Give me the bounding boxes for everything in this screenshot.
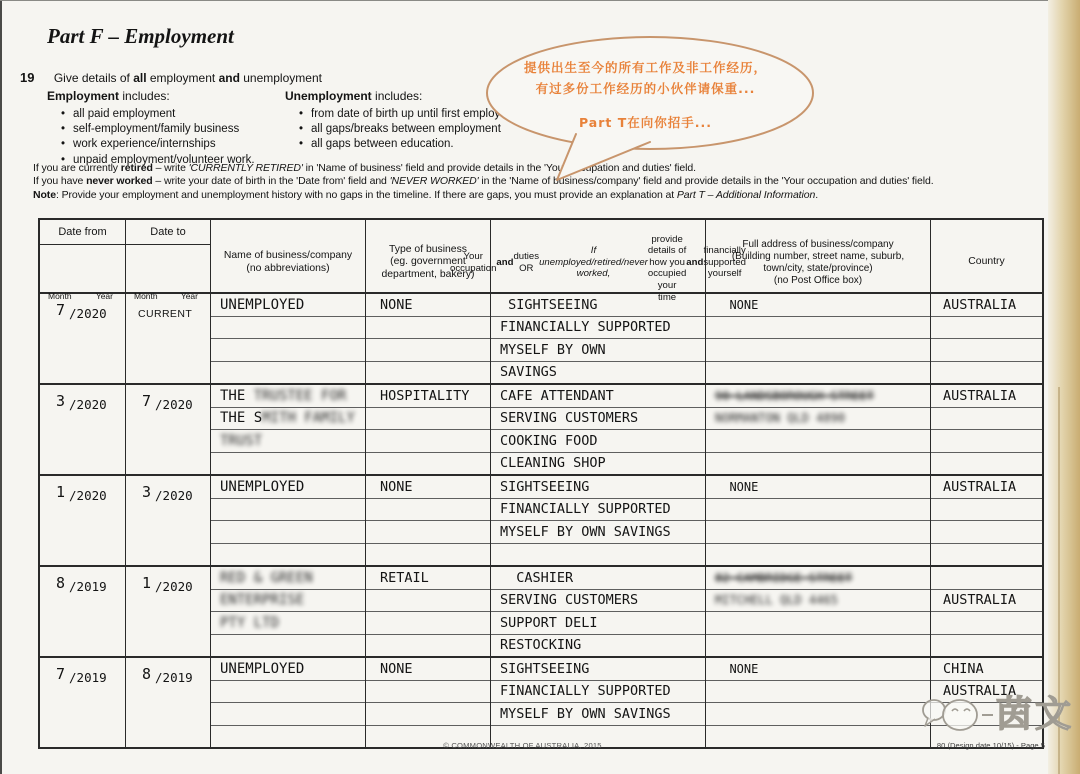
address-cell: 90 LANDSBOROUGH STREETNORMANTON QLD 4890 [705, 385, 930, 474]
handwritten-text: MITCHELL QLD 4465 [715, 593, 838, 607]
handwritten-text: NONE [380, 661, 413, 677]
handwritten-text: SIGHTSEEING [500, 661, 589, 677]
date-from-cell: 1/2020 [40, 476, 125, 565]
type-cell: NONE [365, 476, 490, 565]
handwritten-text: MYSELF BY OWN SAVINGS [500, 524, 671, 540]
page-footer: © COMMONWEALTH OF AUSTRALIA, 2015 80 (De… [0, 741, 1045, 755]
country-cell: AUSTRALIA [930, 385, 1042, 474]
employment-row-2: 3/20207/2020THE TRUSTEE FORTHE SMITH FAM… [40, 383, 1042, 474]
address-cell: NONE [705, 294, 930, 383]
header-business-name: Name of business/company(no abbreviation… [210, 220, 365, 305]
handwritten-text: NONE [715, 480, 758, 494]
country-cell: AUSTRALIA [930, 476, 1042, 565]
scan-edge-right [1048, 0, 1080, 774]
handwritten-text: UNEMPLOYED [220, 661, 304, 677]
name-cell: UNEMPLOYED [210, 476, 365, 565]
handwritten-text: FINANCIALLY SUPPORTED [500, 683, 671, 699]
handwritten-text: UNEMPLOYED [220, 297, 304, 313]
handwritten-text: SERVING CUSTOMERS [500, 410, 638, 426]
scan-edge-top [0, 0, 1048, 1]
employment-row-4: 8/20191/2020RED & GREENENTERPRISEPTY LTD… [40, 565, 1042, 656]
handwritten-text: MYSELF BY OWN [500, 342, 606, 358]
handwritten-text: HOSPITALITY [380, 388, 469, 404]
type-cell: NONE [365, 294, 490, 383]
handwritten-text: THE S [220, 410, 262, 426]
occupation-cell: SIGHTSEEINGFINANCIALLY SUPPORTEDMYSELF B… [490, 294, 705, 383]
occupation-cell: CASHIERSERVING CUSTOMERSSUPPORT DELIREST… [490, 567, 705, 656]
handwritten-text: UNEMPLOYED [220, 479, 304, 495]
date-to-cell: 7/2020 [125, 385, 210, 474]
employment-includes-title: Employment includes: [47, 89, 285, 103]
occupation-cell: CAFE ATTENDANTSERVING CUSTOMERSCOOKING F… [490, 385, 705, 474]
handwritten-text: THE [220, 388, 254, 404]
list-item: work experience/internships [61, 137, 285, 152]
date-from-cell: 3/2020 [40, 385, 125, 474]
handwritten-text: CHINA [943, 661, 984, 677]
type-cell: RETAIL [365, 567, 490, 656]
date-to-cell: 8/2019 [125, 658, 210, 747]
date-to-cell: CURRENT [125, 294, 210, 383]
handwritten-text: COOKING FOOD [500, 433, 598, 449]
header-address: Full address of business/company(Buildin… [705, 220, 930, 305]
handwritten-text: CAFE ATTENDANT [500, 388, 614, 404]
address-cell: NONE [705, 476, 930, 565]
name-cell: RED & GREENENTERPRISEPTY LTD [210, 567, 365, 656]
list-item: self-employment/family business [61, 122, 285, 137]
type-cell: NONE [365, 658, 490, 747]
question-text: Give details of all employment and unemp… [54, 71, 322, 85]
table-body: 7/2020CURRENTUNEMPLOYEDNONE SIGHTSEEINGF… [40, 292, 1042, 747]
question-number: 19 [20, 70, 34, 85]
bubble-line: 有过多份工作经历的小伙伴请保重... [478, 78, 813, 99]
bubble-text: 提供出生至今的所有工作及非工作经历， 有过多份工作经历的小伙伴请保重... Pa… [478, 57, 813, 133]
page-info-text: 80 (Design date 10/15) - Page 5 [937, 741, 1045, 750]
handwritten-text: FINANCIALLY SUPPORTED [500, 319, 671, 335]
question-19: 19 Give details of all employment and un… [20, 70, 322, 85]
table-header: Date from Month Year Date to Month Year … [40, 220, 1042, 292]
address-cell: NONE [705, 658, 930, 747]
handwritten-text: AUSTRALIA [943, 592, 1016, 608]
handwritten-text: AUSTRALIA [943, 297, 1016, 313]
employment-row-1: 7/2020CURRENTUNEMPLOYEDNONE SIGHTSEEINGF… [40, 292, 1042, 383]
watermark-text: 茵文 [996, 697, 1074, 733]
name-cell: UNEMPLOYED [210, 294, 365, 383]
handwritten-text: RETAIL [380, 570, 429, 586]
occupation-cell: SIGHTSEEINGFINANCIALLY SUPPORTEDMYSELF B… [490, 476, 705, 565]
date-to-cell: 1/2020 [125, 567, 210, 656]
handwritten-text: MITH FAMILY [262, 410, 355, 426]
header-date-to: Date to Month Year [125, 220, 210, 305]
handwritten-text: RESTOCKING [500, 637, 581, 653]
handwritten-text: NONE [715, 662, 758, 676]
scanned-form-page: Part F – Employment 19 Give details of a… [0, 0, 1080, 774]
handwritten-text: TRUST [220, 433, 262, 449]
employment-row-5: 7/20198/2019UNEMPLOYEDNONESIGHTSEEINGFIN… [40, 656, 1042, 747]
bubble-line: 提供出生至今的所有工作及非工作经历， [478, 57, 813, 78]
scan-edge-left [0, 0, 2, 774]
watermark-bubbles-icon [920, 688, 996, 742]
date-to-cell: 3/2020 [125, 476, 210, 565]
handwritten-text: NONE [380, 479, 413, 495]
occupation-cell: SIGHTSEEINGFINANCIALLY SUPPORTEDMYSELF B… [490, 658, 705, 747]
includes-lists: Employment includes: all paid employment… [47, 89, 526, 168]
handwritten-text: CASHIER [500, 570, 573, 586]
country-cell: AUSTRALIA [930, 567, 1042, 656]
type-cell: HOSPITALITY [365, 385, 490, 474]
handwritten-text: AUSTRALIA [943, 479, 1016, 495]
handwritten-text: SUPPORT DELI [500, 615, 598, 631]
handwritten-text: PTY LTD [220, 615, 279, 631]
list-item: all paid employment [61, 107, 285, 122]
header-occupation: Your occupation and dutiesORIf unemploye… [490, 220, 705, 305]
header-date-from: Date from Month Year [40, 220, 125, 305]
annotation-speech-bubble: 提供出生至今的所有工作及非工作经历， 有过多份工作经历的小伙伴请保重... Pa… [478, 30, 823, 216]
employment-includes-list: Employment includes: all paid employment… [47, 89, 285, 168]
handwritten-text: 82 CAMBRIDGE STREET [715, 571, 852, 585]
address-cell: 82 CAMBRIDGE STREETMITCHELL QLD 4465 [705, 567, 930, 656]
handwritten-text: SERVING CUSTOMERS [500, 592, 638, 608]
employment-row-3: 1/20203/2020UNEMPLOYEDNONESIGHTSEEINGFIN… [40, 474, 1042, 565]
handwritten-text: AUSTRALIA [943, 388, 1016, 404]
handwritten-text: 90 LANDSBOROUGH STREET [715, 389, 874, 403]
copyright-text: © COMMONWEALTH OF AUSTRALIA, 2015 [0, 741, 1045, 750]
country-cell: AUSTRALIA [930, 294, 1042, 383]
handwritten-text: CLEANING SHOP [500, 455, 606, 471]
handwritten-text: NONE [380, 297, 413, 313]
handwritten-text: TRUSTEE FOR [254, 388, 347, 404]
handwritten-text: SIGHTSEEING [500, 479, 589, 495]
handwritten-text: NONE [715, 298, 758, 312]
handwritten-text: ENTERPRISE [220, 592, 304, 608]
header-country: Country [930, 220, 1042, 305]
name-cell: UNEMPLOYED [210, 658, 365, 747]
handwritten-text: MYSELF BY OWN SAVINGS [500, 706, 671, 722]
watermark-logo: 茵文 [920, 688, 1074, 742]
page-title: Part F – Employment [47, 24, 234, 49]
employment-history-table: Date from Month Year Date to Month Year … [38, 218, 1044, 749]
handwritten-text: SIGHTSEEING [500, 297, 598, 313]
handwritten-text: RED & GREEN [220, 570, 313, 586]
handwritten-text: FINANCIALLY SUPPORTED [500, 501, 671, 517]
date-from-cell: 7/2019 [40, 658, 125, 747]
handwritten-text: NORMANTON QLD 4890 [715, 411, 845, 425]
date-from-cell: 7/2020 [40, 294, 125, 383]
handwritten-text: SAVINGS [500, 364, 557, 380]
date-from-cell: 8/2019 [40, 567, 125, 656]
bubble-line: Part T在向你招手... [478, 112, 813, 133]
name-cell: THE TRUSTEE FORTHE SMITH FAMILYTRUST [210, 385, 365, 474]
